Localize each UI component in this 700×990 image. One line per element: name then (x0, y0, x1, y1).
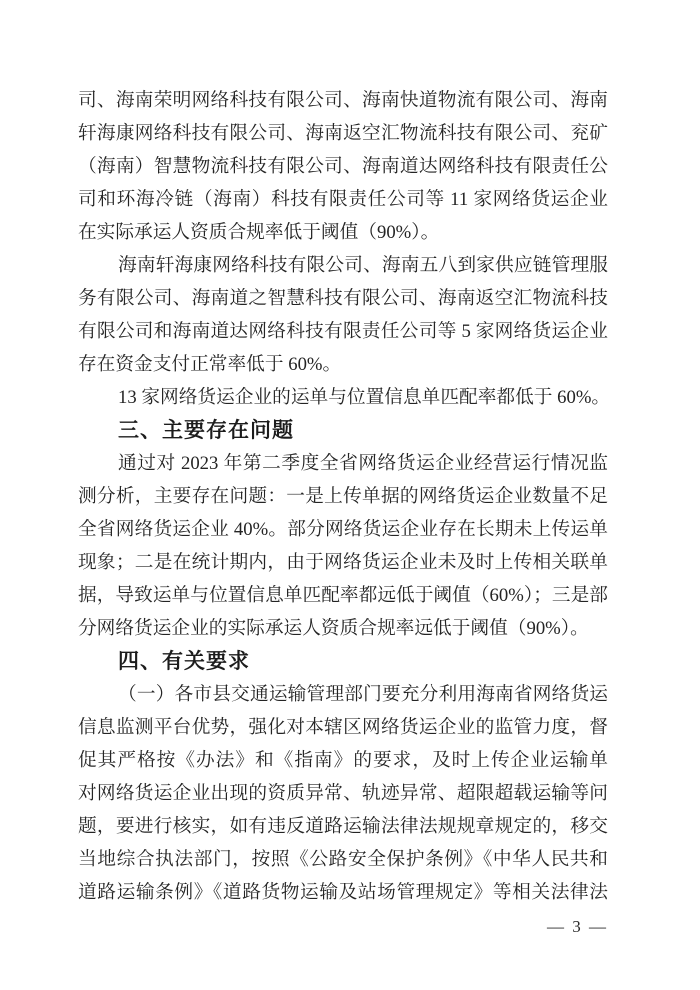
section-heading-line: 三、主要存在问题 (78, 414, 608, 447)
page-footer: — 3 — (78, 917, 608, 937)
body-text-line: 促其严格按《办法》和《指南》的要求，及时上传企业运输单据。 (78, 744, 608, 777)
body-text-line: 海南轩海康网络科技有限公司、海南五八到家供应链管理服 (78, 249, 608, 282)
document-body: 司、海南荣明网络科技有限公司、海南快道物流有限公司、海南轩海康网络科技有限公司、… (78, 84, 608, 909)
body-text-line: 测分析，主要存在问题：一是上传单据的网络货运企业数量不足 (78, 480, 608, 513)
body-text-line: 分网络货运企业的实际承运人资质合规率远低于阈值（90%）。 (78, 612, 608, 645)
body-text-line: （海南）智慧物流科技有限公司、海南道达网络科技有限责任公 (78, 150, 608, 183)
body-text-line: 道路运输条例》《道路货物运输及站场管理规定》等相关法律法规 (78, 876, 608, 909)
document-page: 司、海南荣明网络科技有限公司、海南快道物流有限公司、海南轩海康网络科技有限公司、… (0, 0, 700, 990)
section-heading-line: 四、有关要求 (78, 645, 608, 678)
body-text-line: 全省网络货运企业 40%。部分网络货运企业存在长期未上传运单 (78, 513, 608, 546)
body-text-line: 题，要进行核实，如有违反道路运输法律法规规章规定的，移交 (78, 810, 608, 843)
body-text-line: 通过对 2023 年第二季度全省网络货运企业经营运行情况监 (78, 447, 608, 480)
body-text-line: 轩海康网络科技有限公司、海南返空汇物流科技有限公司、兖矿 (78, 117, 608, 150)
body-text-line: 对网络货运企业出现的资质异常、轨迹异常、超限超载运输等问 (78, 777, 608, 810)
body-text-line: 有限公司和海南道达网络科技有限责任公司等 5 家网络货运企业 (78, 315, 608, 348)
body-text-line: 13 家网络货运企业的运单与位置信息单匹配率都低于 60%。 (78, 381, 608, 414)
body-text-line: 务有限公司、海南道之智慧科技有限公司、海南返空汇物流科技 (78, 282, 608, 315)
body-text-line: 信息监测平台优势，强化对本辖区网络货运企业的监管力度，督 (78, 711, 608, 744)
body-text-line: 存在资金支付正常率低于 60%。 (78, 348, 608, 381)
body-text-line: 据，导致运单与位置信息单匹配率都远低于阈值（60%）；三是部 (78, 579, 608, 612)
body-text-line: 司和环海冷链（海南）科技有限责任公司等 11 家网络货运企业存 (78, 183, 608, 216)
body-text-line: （一）各市县交通运输管理部门要充分利用海南省网络货运 (78, 678, 608, 711)
body-text-line: 当地综合执法部门，按照《公路安全保护条例》《中华人民共和国 (78, 843, 608, 876)
body-text-line: 在实际承运人资质合规率低于阈值（90%）。 (78, 216, 608, 249)
body-text-line: 司、海南荣明网络科技有限公司、海南快道物流有限公司、海南 (78, 84, 608, 117)
page-number: — 3 — (547, 917, 608, 936)
body-text-line: 现象；二是在统计期内，由于网络货运企业未及时上传相关联单 (78, 546, 608, 579)
